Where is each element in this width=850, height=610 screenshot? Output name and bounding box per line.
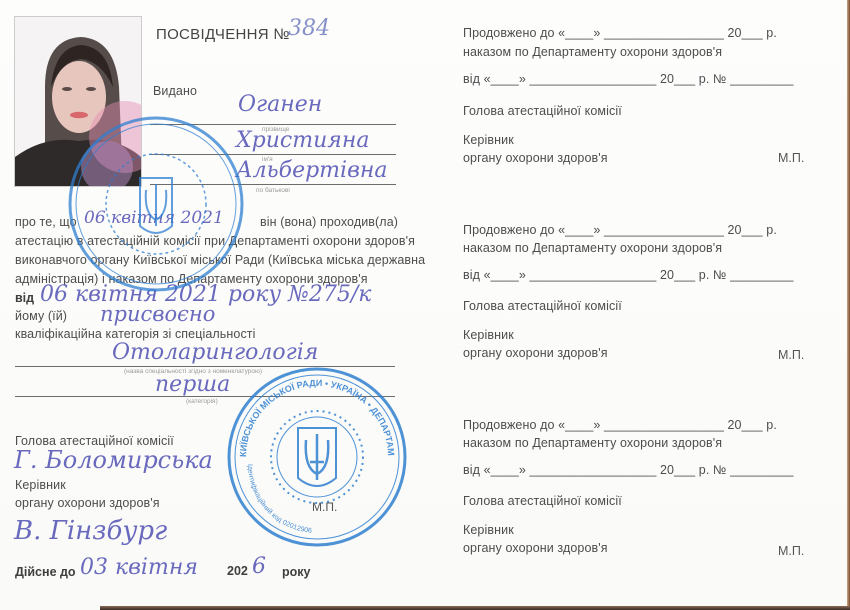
official-stamp-top [66, 114, 246, 294]
extension-3-mp: М.П. [778, 544, 804, 558]
extension-3-line1: Продовжено до «____» _________________ 2… [463, 418, 777, 432]
extension-1-mp: М.П. [778, 151, 804, 165]
issued-label: Видано [153, 84, 197, 98]
valid-suffix: року [282, 565, 310, 579]
extension-1-line1: Продовжено до «____» _________________ 2… [463, 26, 777, 40]
specialty-value: Отоларингологія [112, 340, 318, 365]
extension-2-boss1: Керівник [463, 328, 514, 342]
certificate-title: ПОСВІДЧЕННЯ № [156, 26, 290, 43]
category-caption: (категорія) [186, 398, 218, 405]
order-from-label: від [15, 291, 34, 305]
extension-1-boss1: Керівник [463, 133, 514, 147]
name-value: Християна [236, 128, 369, 153]
body-line1-end: він (вона) проходив(ла) [260, 215, 398, 229]
assigned-prefix: йому (їй) [15, 309, 67, 323]
extension-2-line2: наказом по Департаменту охорони здоров'я [463, 241, 722, 255]
svg-text:Ідентифікаційний код 02012906: Ідентифікаційний код 02012906 [246, 464, 312, 535]
certificate-page: ПОСВІДЧЕННЯ № 384 Видано Оганен прізвище… [0, 0, 850, 610]
extension-1-boss2: органу охорони здоров'я [463, 151, 608, 165]
patronymic-caption: по батькові [256, 187, 290, 194]
certificate-number: 384 [288, 16, 330, 41]
extension-3-boss2: органу охорони здоров'я [463, 541, 608, 555]
extension-2-boss2: органу охорони здоров'я [463, 346, 608, 360]
extension-2-line3: від «____» __________________ 20___ р. №… [463, 268, 794, 282]
extension-2-line1: Продовжено до «____» _________________ 2… [463, 223, 777, 237]
category-line: кваліфікаційна категорія зі спеціальност… [15, 327, 256, 341]
extension-3-line3: від «____» __________________ 20___ р. №… [463, 463, 794, 477]
surname-value: Оганен [238, 92, 322, 117]
head-label-2: органу охорони здоров'я [15, 496, 160, 510]
head-signature: В. Гінзбург [14, 516, 167, 546]
assigned-value: присвоєно [100, 302, 215, 326]
valid-date: 03 квітня [80, 555, 198, 580]
extension-3-boss1: Керівник [463, 523, 514, 537]
extension-1-head: Голова атестаційної комісії [463, 104, 622, 118]
extension-2-mp: М.П. [778, 348, 804, 362]
valid-year-prefix: 202 [227, 564, 248, 578]
valid-year-digit: 6 [252, 554, 266, 579]
category-value: перша [155, 372, 230, 397]
valid-label: Дійсне до [15, 565, 76, 579]
commission-head-signature: Г. Боломирська [14, 446, 213, 474]
extension-1-line3: від «____» __________________ 20___ р. №… [463, 72, 794, 86]
page-edge-bottom [100, 606, 850, 610]
patronymic-value: Альбертівна [236, 158, 388, 183]
extension-3-line2: наказом по Департаменту охорони здоров'я [463, 436, 722, 450]
head-label-1: Керівник [15, 478, 66, 492]
official-stamp-bottom: КИЇВСЬКОЇ МІСЬКОЇ РАДИ • УКРАЇНА • ДЕПАР… [226, 366, 408, 548]
extension-1-line2: наказом по Департаменту охорони здоров'я [463, 45, 722, 59]
extension-3-head: Голова атестаційної комісії [463, 494, 622, 508]
extension-2-head: Голова атестаційної комісії [463, 299, 622, 313]
